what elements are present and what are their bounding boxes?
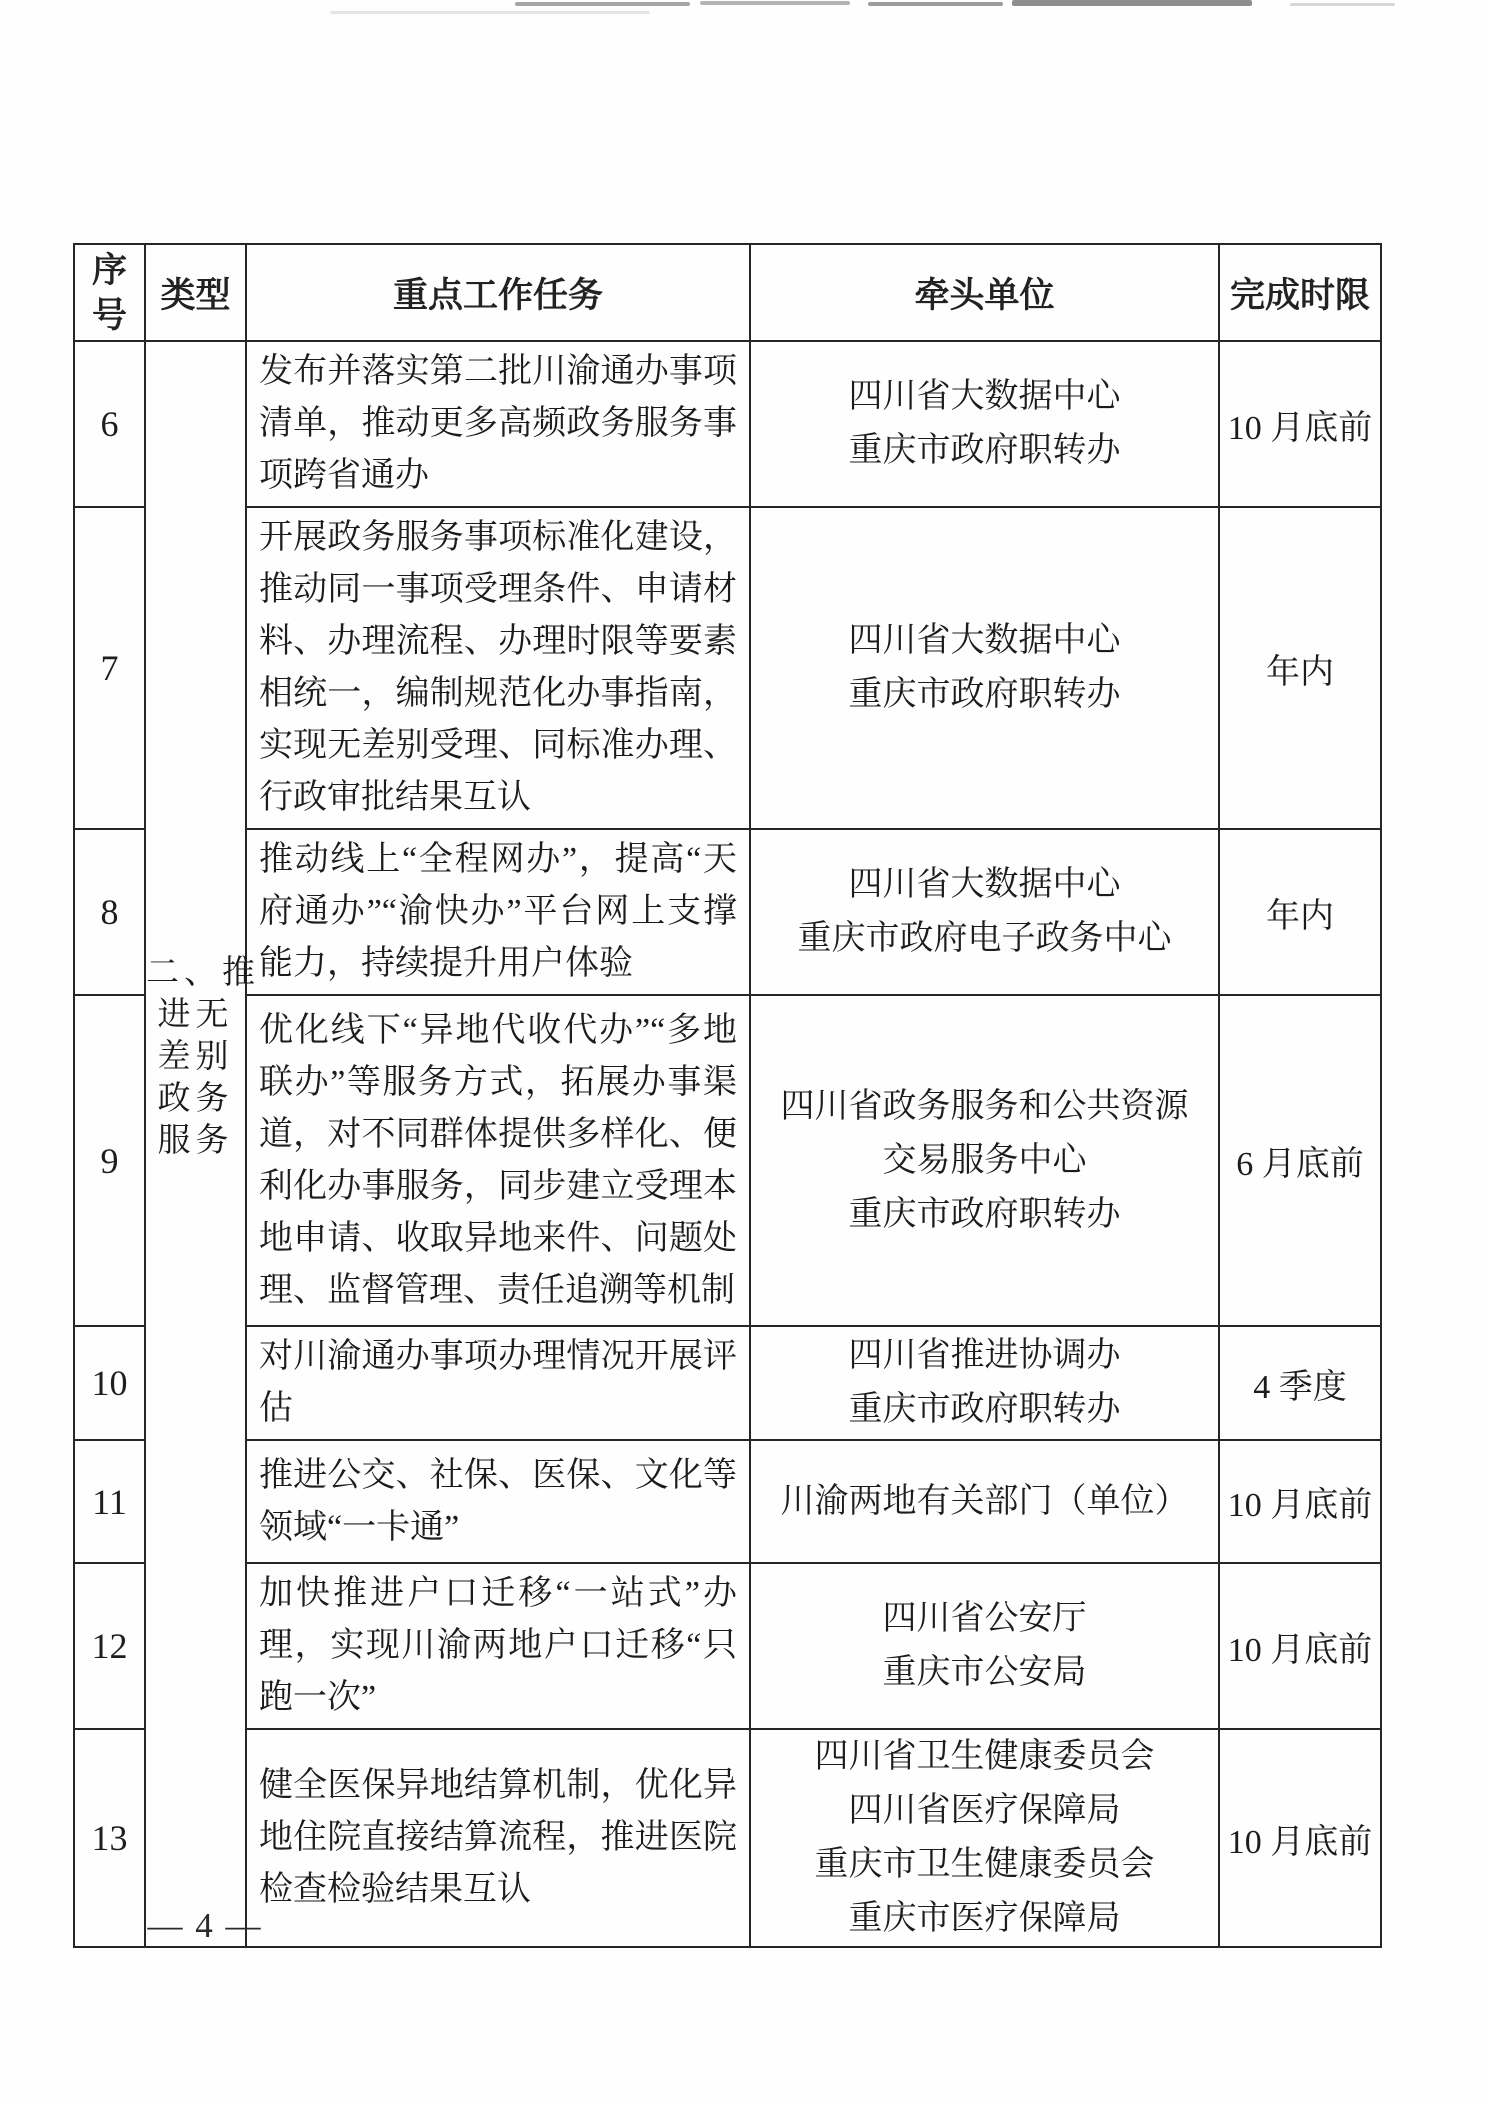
task-cell: 开展政务服务事项标准化建设，推动同一事项受理条件、申请材料、办理流程、办理时限等… [246,507,750,829]
document-page: 序 号 类型 重点工作任务 牵头单位 完成时限 6二、推 进无 差别 政务 服务… [0,0,1488,2105]
task-cell: 对川渝通办事项办理情况开展评估 [246,1326,750,1440]
lead-unit-cell: 四川省大数据中心 重庆市政府职转办 [750,507,1219,829]
table-row: 12加快推进户口迁移“一站式”办理，实现川渝两地户口迁移“只跑一次”四川省公安厅… [74,1563,1381,1729]
scan-artifact [330,11,650,14]
row-number-cell: 8 [74,829,145,995]
deadline-cell: 4 季度 [1219,1326,1381,1440]
deadline-cell: 10 月底前 [1219,1563,1381,1729]
header-serial-number: 序 号 [74,244,145,341]
table-row: 9优化线下“异地代收代办”“多地联办”等服务方式，拓展办事渠道，对不同群体提供多… [74,995,1381,1326]
deadline-cell: 10 月底前 [1219,1729,1381,1947]
page-number: — 4 — [110,1906,300,1946]
task-cell: 推动线上“全程网办”，提高“天府通办”“渝快办”平台网上支撑能力，持续提升用户体… [246,829,750,995]
type-group-label: 二、推 进无 差别 政务 服务 [146,952,245,1162]
task-cell: 优化线下“异地代收代办”“多地联办”等服务方式，拓展办事渠道，对不同群体提供多样… [246,995,750,1326]
table-row: 7开展政务服务事项标准化建设，推动同一事项受理条件、申请材料、办理流程、办理时限… [74,507,1381,829]
row-number-cell: 7 [74,507,145,829]
task-cell: 推进公交、社保、医保、文化等领域“一卡通” [246,1440,750,1563]
scan-artifact [700,1,850,5]
task-cell: 发布并落实第二批川渝通办事项清单，推动更多高频政务服务事项跨省通办 [246,341,750,507]
table-row: 6二、推 进无 差别 政务 服务发布并落实第二批川渝通办事项清单，推动更多高频政… [74,341,1381,507]
header-type: 类型 [145,244,246,341]
lead-unit-cell: 四川省推进协调办 重庆市政府职转办 [750,1326,1219,1440]
deadline-cell: 6 月底前 [1219,995,1381,1326]
header-key-task: 重点工作任务 [246,244,750,341]
scan-artifact [868,2,1003,6]
lead-unit-cell: 四川省政务服务和公共资源 交易服务中心 重庆市政府职转办 [750,995,1219,1326]
deadline-cell: 10 月底前 [1219,341,1381,507]
table-row: 8推动线上“全程网办”，提高“天府通办”“渝快办”平台网上支撑能力，持续提升用户… [74,829,1381,995]
lead-unit-cell: 川渝两地有关部门（单位） [750,1440,1219,1563]
table-row: 11推进公交、社保、医保、文化等领域“一卡通”川渝两地有关部门（单位）10 月底… [74,1440,1381,1563]
lead-unit-cell: 四川省公安厅 重庆市公安局 [750,1563,1219,1729]
scan-artifact [515,2,690,6]
type-group-cell: 二、推 进无 差别 政务 服务 [145,341,246,1947]
lead-unit-cell: 四川省卫生健康委员会 四川省医疗保障局 重庆市卫生健康委员会 重庆市医疗保障局 [750,1729,1219,1947]
scan-artifact [1012,0,1252,6]
task-cell: 加快推进户口迁移“一站式”办理，实现川渝两地户口迁移“只跑一次” [246,1563,750,1729]
table-header-row: 序 号 类型 重点工作任务 牵头单位 完成时限 [74,244,1381,341]
lead-unit-cell: 四川省大数据中心 重庆市政府电子政务中心 [750,829,1219,995]
row-number-cell: 12 [74,1563,145,1729]
row-number-cell: 10 [74,1326,145,1440]
table-row: 10对川渝通办事项办理情况开展评估四川省推进协调办 重庆市政府职转办4 季度 [74,1326,1381,1440]
deadline-cell: 10 月底前 [1219,1440,1381,1563]
row-number-cell: 11 [74,1440,145,1563]
deadline-cell: 年内 [1219,507,1381,829]
header-lead-unit: 牵头单位 [750,244,1219,341]
task-cell: 健全医保异地结算机制，优化异地住院直接结算流程，推进医院检查检验结果互认 [246,1729,750,1947]
deadline-cell: 年内 [1219,829,1381,995]
row-number-cell: 9 [74,995,145,1326]
lead-unit-cell: 四川省大数据中心 重庆市政府职转办 [750,341,1219,507]
row-number-cell: 6 [74,341,145,507]
scan-artifact [1290,3,1395,6]
header-deadline: 完成时限 [1219,244,1381,341]
work-task-table: 序 号 类型 重点工作任务 牵头单位 完成时限 6二、推 进无 差别 政务 服务… [73,243,1382,1948]
